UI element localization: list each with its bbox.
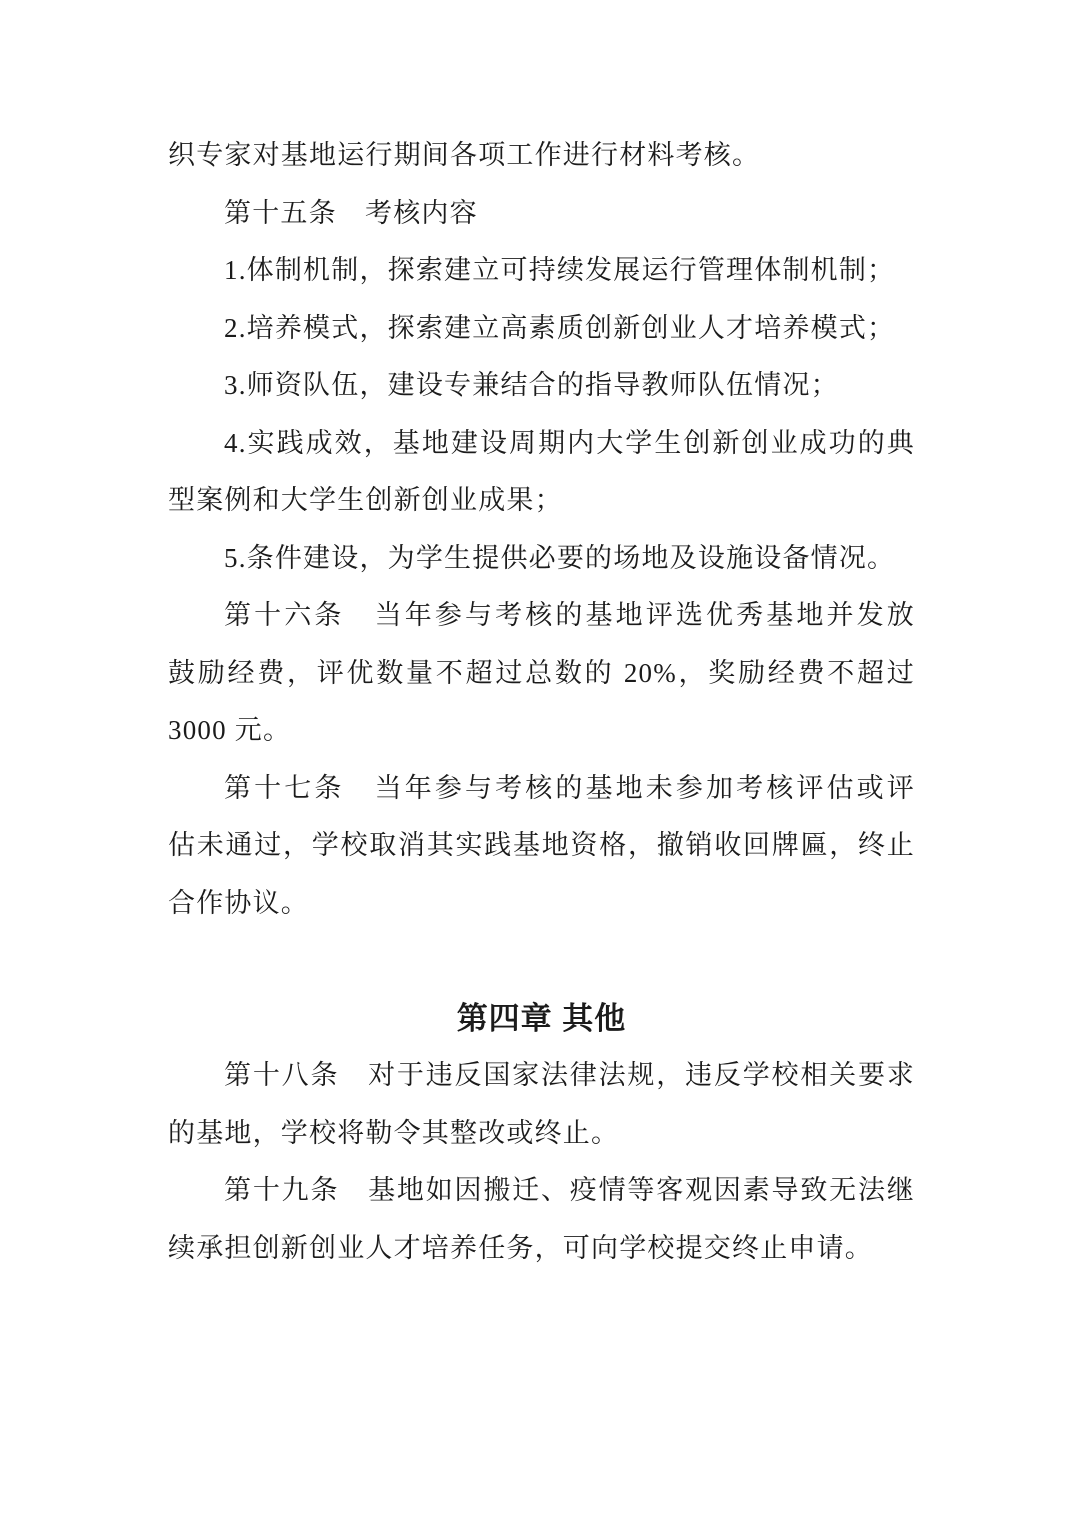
- text-line: 续承担创新创业人才培养任务，可向学校提交终止申请。: [168, 1220, 915, 1278]
- chapter-heading: 第四章 其他: [168, 990, 915, 1048]
- text-line: 合作协议。: [168, 875, 915, 933]
- text-line: 2.培养模式，探索建立高素质创新创业人才培养模式；: [168, 300, 915, 358]
- text-line: 估未通过，学校取消其实践基地资格，撤销收回牌匾，终止: [168, 817, 915, 875]
- text-line: 第十九条 基地如因搬迁、疫情等客观因素导致无法继: [168, 1162, 915, 1220]
- document-content: 织专家对基地运行期间各项工作进行材料考核。第十五条 考核内容1.体制机制，探索建…: [0, 0, 1080, 1277]
- text-line: 3000 元。: [168, 702, 915, 760]
- text-line: 的基地，学校将勒令其整改或终止。: [168, 1105, 915, 1163]
- text-line: 1.体制机制，探索建立可持续发展运行管理体制机制；: [168, 242, 915, 300]
- text-line: 第十五条 考核内容: [168, 185, 915, 243]
- text-line: 第十七条 当年参与考核的基地未参加考核评估或评: [168, 760, 915, 818]
- document-page: 织专家对基地运行期间各项工作进行材料考核。第十五条 考核内容1.体制机制，探索建…: [0, 0, 1080, 1527]
- text-line: 3.师资队伍，建设专兼结合的指导教师队伍情况；: [168, 357, 915, 415]
- text-line: 第十八条 对于违反国家法律法规，违反学校相关要求: [168, 1047, 915, 1105]
- text-line: 鼓励经费，评优数量不超过总数的 20%，奖励经费不超过: [168, 645, 915, 703]
- text-line: 型案例和大学生创新创业成果；: [168, 472, 915, 530]
- text-line: 第十六条 当年参与考核的基地评选优秀基地并发放: [168, 587, 915, 645]
- text-line: 5.条件建设，为学生提供必要的场地及设施设备情况。: [168, 530, 915, 588]
- blank-line: [168, 932, 915, 990]
- text-line: 织专家对基地运行期间各项工作进行材料考核。: [168, 127, 915, 185]
- text-line: 4.实践成效，基地建设周期内大学生创新创业成功的典: [168, 415, 915, 473]
